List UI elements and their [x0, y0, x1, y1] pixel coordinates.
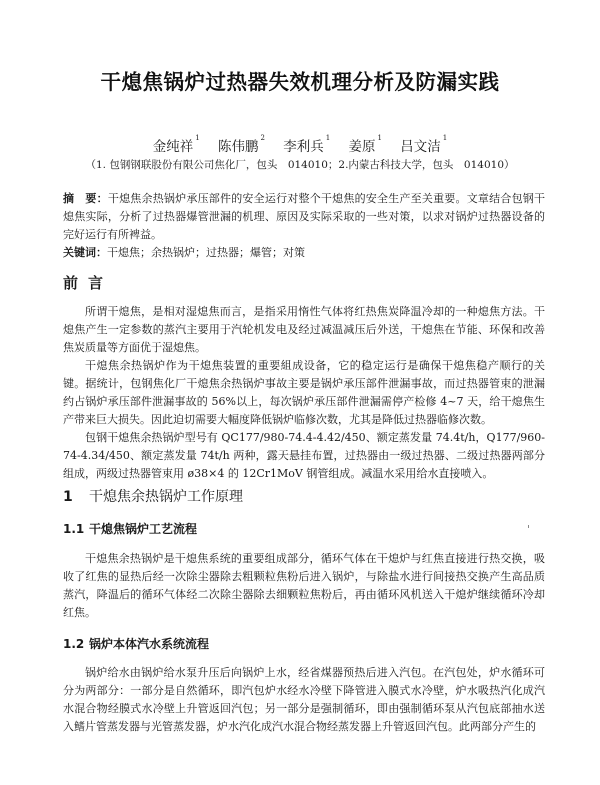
preface-paragraph-3: 包钢干熄焦余热锅炉型号有 QC177/980-74.4-4.42/450、额定蒸… — [63, 429, 545, 483]
author: 姜原1 — [349, 139, 382, 155]
section-1-1-heading: 1.1干熄焦锅炉工艺流程 — [63, 520, 197, 537]
author: 金纯祥1 — [153, 139, 200, 155]
keywords-label: 关键词： — [63, 246, 107, 259]
author: 陈伟鹏2 — [218, 139, 265, 155]
section-title: 锅炉本体汽水系统流程 — [89, 637, 209, 651]
scan-mark — [528, 525, 529, 528]
preface-paragraph-2: 干熄焦余热锅炉作为干熄焦装置的重要組成设备，它的稳定运行是确保干熄焦稳产顺行的关… — [63, 357, 545, 429]
section-1-1-paragraph: 干熄焦余热锅炉是干熄焦系统的重要组成部分，循环气体在干熄炉与红焦直接进行热交换，… — [63, 550, 545, 622]
affiliations: （1. 包钢钢联股份有限公司焦化厂，包头 014010；2.内蒙古科技大学，包头… — [0, 157, 600, 172]
paper-title: 干熄焦锅炉过热器失效机理分析及防漏实践 — [0, 65, 600, 95]
section-1-heading: 1干熄焦余热锅炉工作原理 — [63, 486, 243, 506]
keywords-text: 干熄焦；余热锅炉；过热器；爆管；对策 — [107, 246, 305, 259]
author-list: 金纯祥1 陈伟鹏2 李利兵1 姜原1 吕文洁1 — [0, 135, 600, 155]
section-number: 1.1 — [63, 522, 89, 536]
author: 吕文洁1 — [400, 139, 447, 155]
preface-paragraph-1: 所谓干熄焦，是相对湿熄焦而言，是指采用惰性气体将红热焦炭降温冷却的一种熄焦方法。… — [63, 303, 545, 357]
section-1-2-heading: 1.2锅炉本体汽水系统流程 — [63, 635, 209, 652]
section-title: 干熄焦锅炉工艺流程 — [89, 522, 197, 536]
abstract: 摘 要：干熄焦余热锅炉承压部件的安全运行对整个干熄焦的安全生产至关重要。文章结合… — [63, 190, 545, 244]
section-title: 干熄焦余热锅炉工作原理 — [89, 489, 243, 505]
preface-heading: 前言 — [63, 272, 113, 293]
keywords: 关键词：干熄焦；余热锅炉；过热器；爆管；对策 — [63, 244, 545, 262]
section-1-2-paragraph: 锅炉给水由锅炉给水泵升压后向锅炉上水，经省煤器预热后进入汽包。在汽包处，炉水循环… — [63, 664, 545, 736]
section-number: 1 — [63, 489, 89, 505]
abstract-label: 摘 要： — [63, 192, 108, 205]
abstract-text: 干熄焦余热锅炉承压部件的安全运行对整个干熄焦的安全生产至关重要。文章结合包钢干熄… — [63, 192, 545, 241]
author: 李利兵1 — [283, 139, 330, 155]
section-number: 1.2 — [63, 637, 89, 651]
